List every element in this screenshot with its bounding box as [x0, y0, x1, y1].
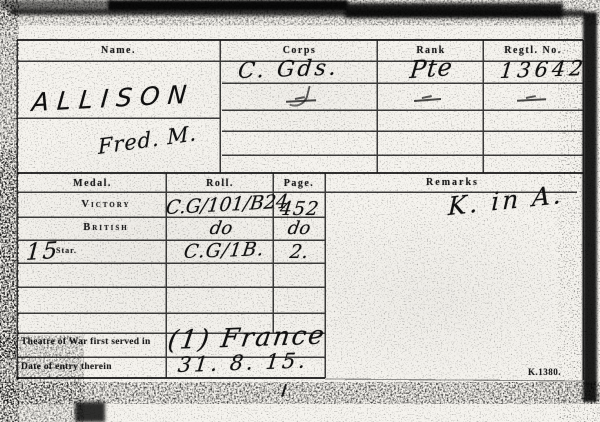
scan-artifact-top-band-right — [345, 3, 563, 18]
scan-artifact-top-band-left — [0, 0, 112, 9]
medal-row-british-label: British — [46, 222, 166, 233]
date-of-entry-label: Date of entry therein — [21, 362, 112, 372]
ditto-mark-regtl — [517, 98, 546, 102]
scan-artifact-top-streak — [10, 8, 585, 17]
scan-artifact-bottom-blob — [75, 402, 105, 422]
roll-value-british: do — [208, 218, 234, 239]
roll-column-header: Roll. — [168, 178, 272, 189]
regtl-no-column-header: Regtl. No. — [485, 45, 581, 56]
page-value-star: 2. — [288, 241, 309, 263]
scan-artifact-top-band-center — [108, 0, 348, 11]
surname-value: ALLISON — [31, 79, 196, 117]
ditto-mark-rank — [414, 98, 441, 102]
medal-row-star-number: 15 — [25, 238, 60, 267]
page-column-header: Page. — [274, 178, 324, 189]
roll-value-star: C.G/1B. — [182, 238, 266, 263]
date-of-entry-value: 31. 8. 15. — [177, 348, 310, 377]
corps-value: C. Gds. — [237, 55, 341, 84]
medal-row-victory-label: Victory — [46, 199, 166, 210]
rank-value: Pte — [409, 53, 455, 84]
medal-column-header: Medal. — [30, 178, 155, 189]
regtl-no-value: 13642 — [499, 56, 588, 83]
corps-column-header: Corps — [222, 45, 377, 56]
forename-value: Fred. M. — [98, 121, 198, 159]
page-value-victory: 452 — [278, 198, 320, 220]
page-value-british: do — [286, 218, 312, 239]
roll-value-victory: C.G/101/B24 — [165, 191, 290, 220]
form-reference: K.1380. — [528, 367, 561, 377]
stray-pen-mark — [281, 384, 287, 397]
medal-row-star-suffix: Star. — [56, 246, 77, 255]
medal-index-card-scan: Name. Corps Rank Regtl. No. ALLISON Fred… — [0, 0, 600, 422]
theatre-of-war-label: Theatre of War first served in — [21, 337, 151, 347]
name-column-header: Name. — [17, 45, 220, 56]
